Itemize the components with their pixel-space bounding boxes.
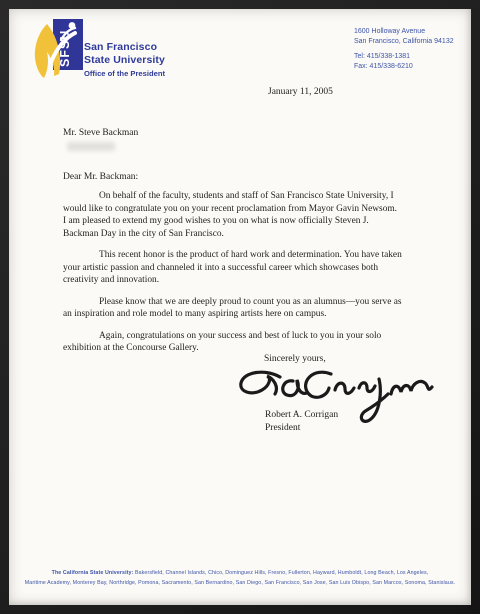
logo-figure-head bbox=[69, 22, 76, 29]
footer-campuses-line1: Bakersfield, Channel Islands, Chico, Dom… bbox=[133, 570, 428, 576]
redacted-address-smudge bbox=[67, 142, 115, 151]
paragraph-3: Please know that we are deeply proud to … bbox=[63, 296, 463, 321]
letter-date: January 11, 2005 bbox=[268, 87, 333, 97]
signer-name: Robert A. Corrigan bbox=[265, 410, 338, 420]
signer-title: President bbox=[265, 423, 300, 433]
footer-campuses-line2: Maritime Academy, Monterey Bay, Northrid… bbox=[9, 579, 471, 589]
paragraph-2: This recent honor is the product of hard… bbox=[63, 249, 463, 287]
logo-acronym: SFSU bbox=[58, 30, 72, 67]
office-of-president-label: Office of the President bbox=[84, 69, 165, 78]
paragraph-1: On behalf of the faculty, students and s… bbox=[63, 190, 463, 240]
sfsu-logo: SFSU bbox=[31, 18, 89, 82]
letter-body: On behalf of the faculty, students and s… bbox=[63, 190, 463, 364]
footer: The California State University: Bakersf… bbox=[9, 569, 471, 588]
closing-phrase: Sincerely yours, bbox=[264, 354, 326, 364]
salutation: Dear Mr. Backman: bbox=[63, 172, 138, 182]
university-name: San Francisco State University bbox=[84, 41, 165, 66]
letter-page: SFSU San Francisco State University Offi… bbox=[9, 9, 471, 605]
footer-line-1: The California State University: Bakersf… bbox=[9, 569, 471, 579]
paragraph-4: Again, congratulations on your success a… bbox=[63, 330, 463, 355]
letterhead-contact: Tel: 415/338-1381 Fax: 415/338-6210 bbox=[354, 52, 413, 71]
letterhead-address: 1600 Holloway Avenue San Francisco, Cali… bbox=[354, 27, 454, 46]
recipient-name: Mr. Steve Backman bbox=[63, 128, 138, 138]
footer-university-label: The California State University: bbox=[52, 570, 134, 576]
